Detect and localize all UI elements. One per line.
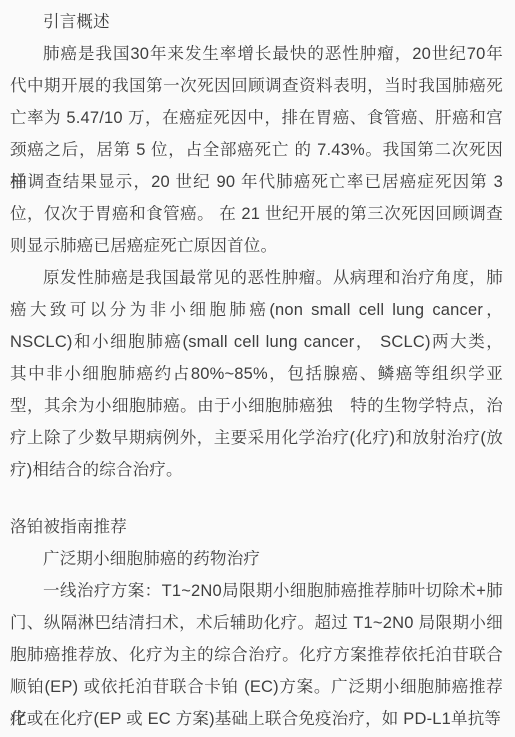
paragraph-line: 原发性肺癌是我国最常见的恶性肿瘤。从病理和治疗角度，肺 (10, 262, 503, 294)
paragraph-line: 代中期开展的我国第一次死因回顾调查资料表明，当时我国肺癌死 (10, 70, 503, 102)
paragraph-line: 肺癌是我国30年来发生率增长最快的恶性肿瘤，20世纪70年 (10, 38, 503, 70)
section-heading: 引言概述 (10, 6, 503, 38)
paragraph-line: 其中非小细胞肺癌约占80%~85%，包括腺癌、鳞癌等组织学亚 (10, 358, 503, 390)
paragraph-line: 则显示肺癌已居癌症死亡原因首位。 (10, 230, 503, 262)
paragraph-line: 门、纵隔淋巴结清扫术，术后辅助化疗。超过 T1~2N0 局限期小细 (10, 607, 503, 639)
paragraph-line: 亡率为 5.47/10 万，在癌症死因中，排在胃癌、食管癌、肝癌和宫 (10, 102, 503, 134)
paragraph-line: 疗)相结合的综合治疗。 (10, 454, 503, 486)
document-body: 引言概述肺癌是我国30年来发生率增长最快的恶性肿瘤，20世纪70年代中期开展的我… (10, 6, 503, 735)
paragraph-line: 型，其余为小细胞肺癌。由于小细胞肺癌独 特的生物学特点，治 (10, 390, 503, 422)
paragraph-line: 胞肺癌推荐放、化疗为主的综合治疗。化疗方案推荐依托泊苷联合 (10, 639, 503, 671)
sub-heading: 广泛期小细胞肺癌的药物治疗 (10, 543, 503, 575)
paragraph-line: 癌大致可以分为非小细胞肺癌(non small cell lung cancer… (10, 294, 503, 326)
paragraph-line: 疗或在化疗(EP 或 EC 方案)基础上联合免疫治疗，如 PD-L1单抗等 (10, 703, 503, 735)
paragraph-line: 颈癌之后，居第 5 位，占全部癌死亡 的 7.43%。我国第二次死因抽 (10, 134, 503, 166)
section-heading: 洛铂被指南推荐 (10, 511, 503, 543)
paragraph-line: 样调查结果显示，20 世纪 90 年代肺癌死亡率已居癌症死因第 3 (10, 166, 503, 198)
paragraph-line: 一线治疗方案：T1~2N0局限期小细胞肺癌推荐肺叶切除术+肺 (10, 575, 503, 607)
paragraph-line: 位，仅次于胃癌和食管癌。 在 21 世纪开展的第三次死因回顾调查 (10, 198, 503, 230)
document-page: 引言概述肺癌是我国30年来发生率增长最快的恶性肿瘤，20世纪70年代中期开展的我… (0, 0, 515, 737)
paragraph-line: 顺铂(EP) 或依托泊苷联合卡铂 (EC)方案。广泛期小细胞肺癌推荐化 (10, 671, 503, 703)
paragraph-line: NSCLC)和小细胞肺癌(small cell lung cancer， SCL… (10, 326, 503, 358)
paragraph-line: 疗上除了少数早期病例外，主要采用化学治疗(化疗)和放射治疗(放 (10, 422, 503, 454)
